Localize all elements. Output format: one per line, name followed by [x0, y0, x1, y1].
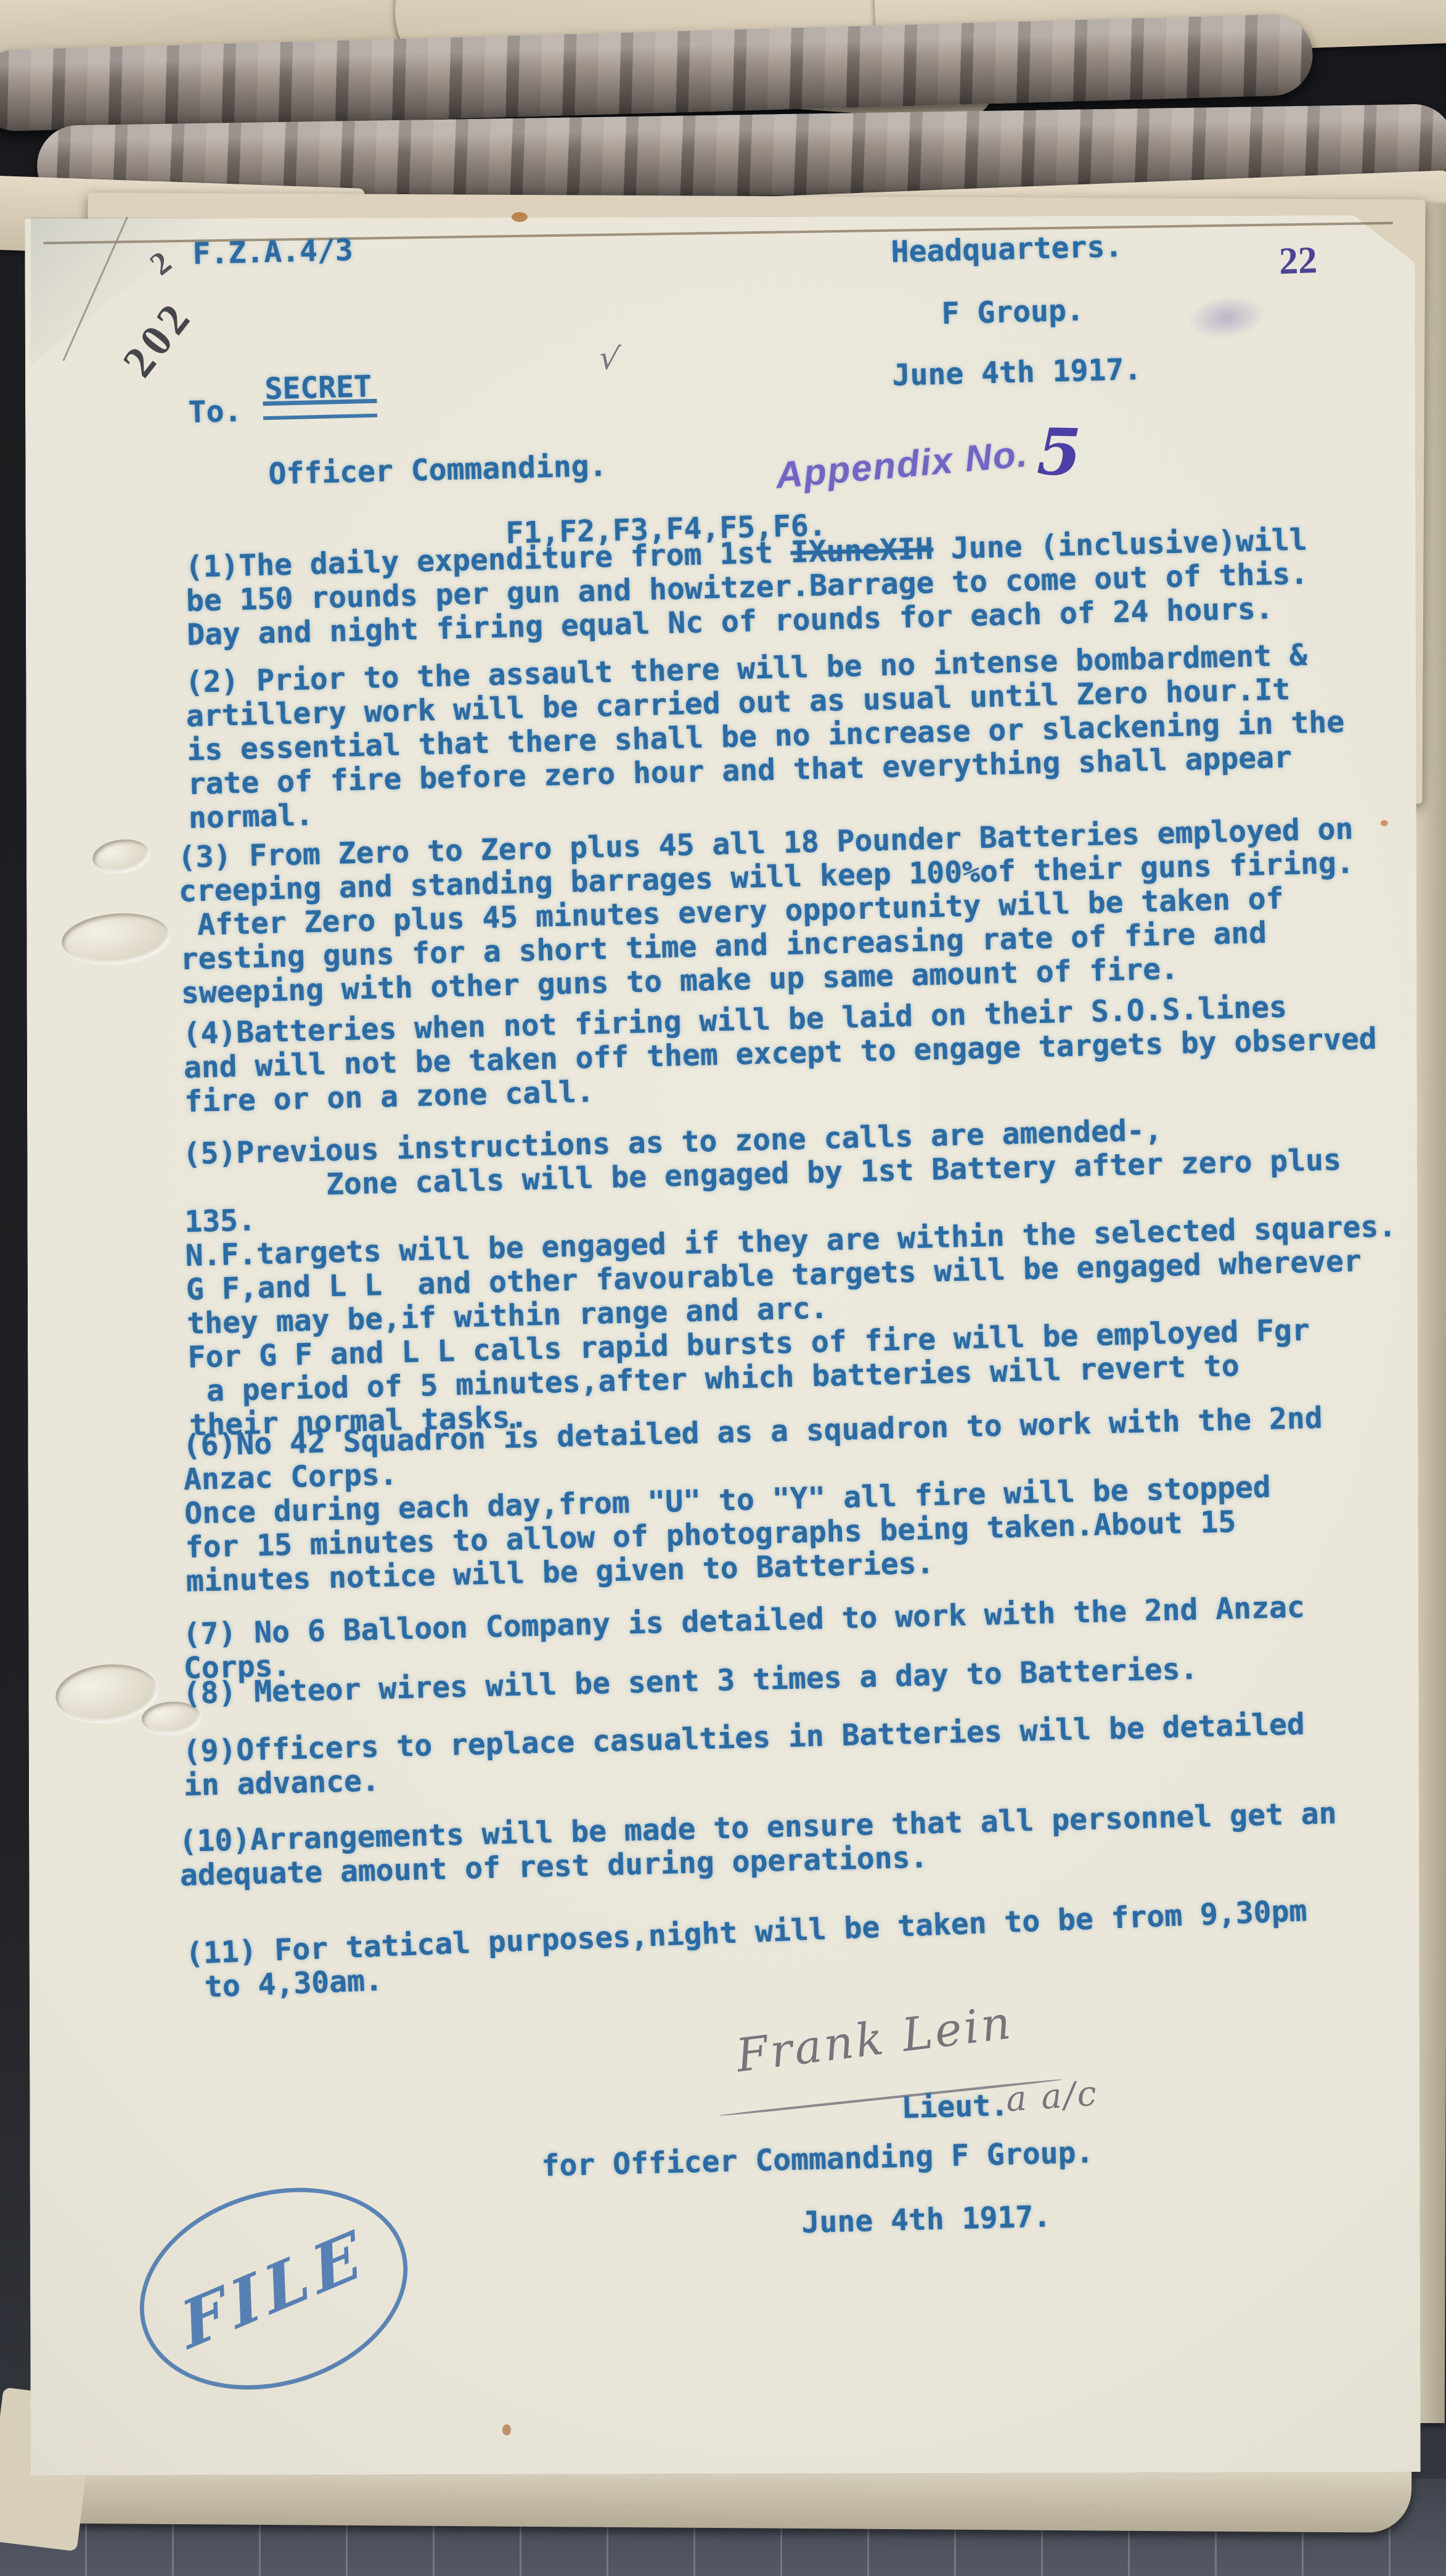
appendix-stamp-label: Appendix No.	[774, 433, 1030, 496]
headquarters-line: Headquarters.	[891, 230, 1123, 269]
paragraph-6: (6)No 42 Squadron is detailed as a squad…	[182, 1399, 1419, 1599]
paragraph-5: (5)Previous instructions as to zone call…	[182, 1107, 1425, 1443]
rank-line: Lieut.	[901, 2089, 1009, 2125]
rust-stain	[502, 2424, 511, 2435]
paragraph-1-struck-word: IXuneXIH	[790, 531, 933, 570]
rust-stain	[512, 212, 528, 222]
page-number-stamp: 22	[1278, 239, 1318, 284]
to-label: To.	[188, 395, 242, 430]
secret-underlined: SECRET	[264, 370, 372, 406]
group-line: F Group.	[941, 293, 1084, 331]
file-stamp-text: FILE	[174, 2213, 374, 2364]
archival-photo-scene: F.Z.A.4/3 Headquarters. F Group. June 4t…	[0, 0, 1446, 2576]
reference-number: F.Z.A.4/3	[192, 234, 353, 271]
pencil-annotation: a a/c	[1005, 2074, 1100, 2120]
appendix-stamp-number: 5	[1036, 414, 1082, 490]
paragraph-2: (2) Prior to the assault there will be n…	[185, 636, 1418, 835]
closing-date: June 4th 1917.	[801, 2200, 1052, 2240]
paragraph-3: (3) From Zero to Zero plus 45 all 18 Pou…	[178, 811, 1420, 1011]
header-date: June 4th 1917.	[892, 353, 1142, 393]
